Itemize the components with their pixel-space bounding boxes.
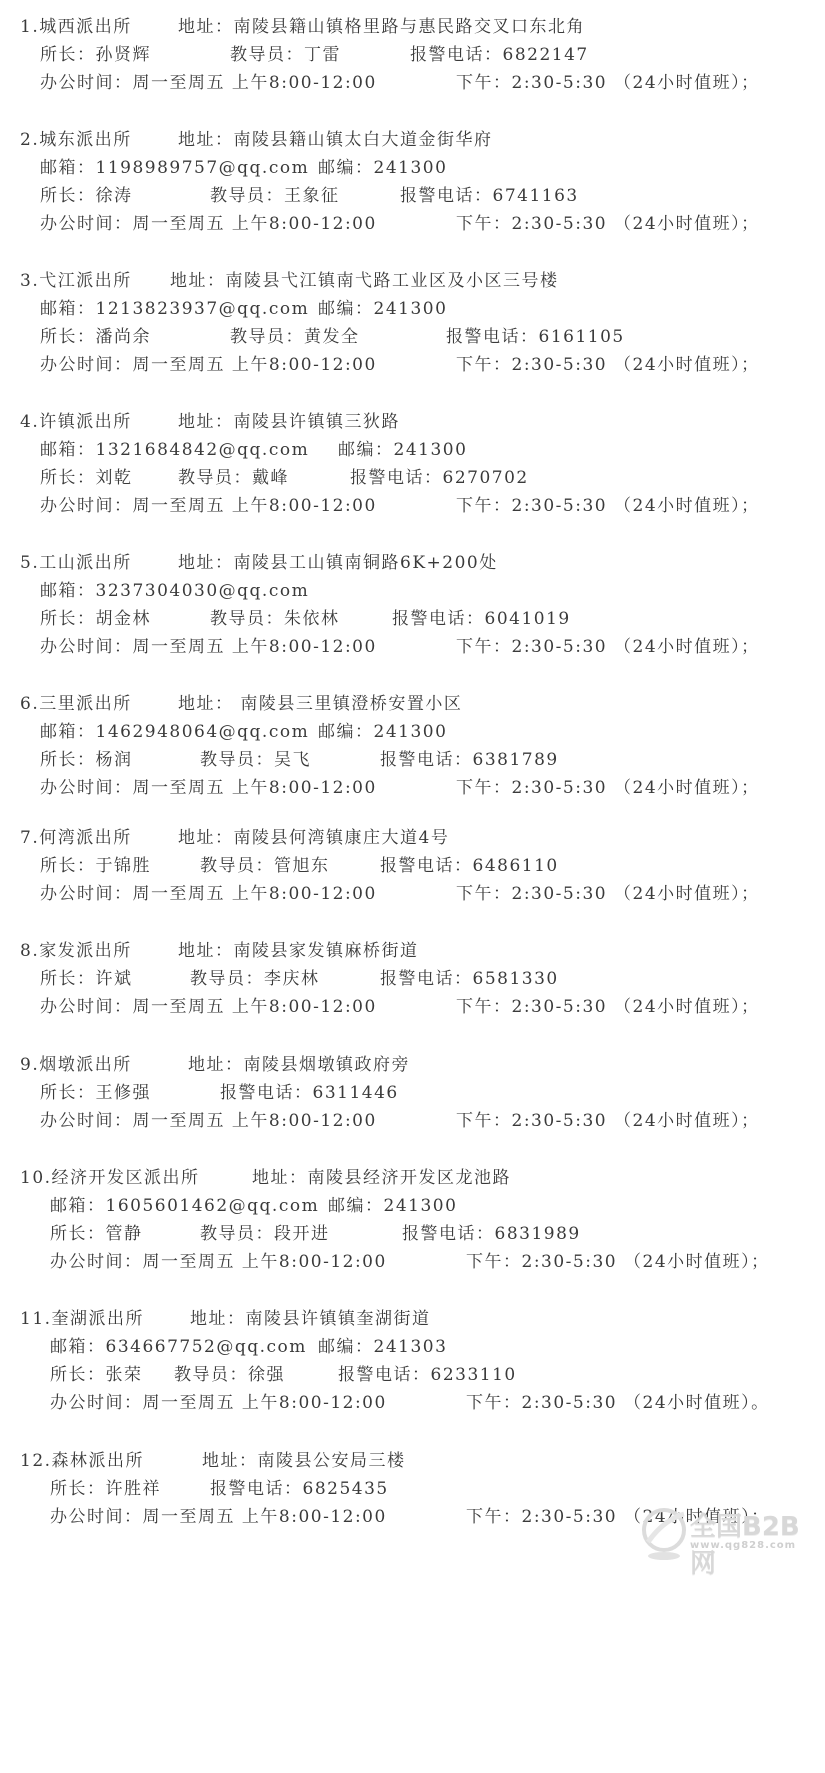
phone: 报警电话：6741163: [400, 185, 579, 207]
station-name: 1.城西派出所: [20, 16, 132, 38]
chief: 所长：管静: [50, 1223, 143, 1245]
station-5-staff: 所长：胡金林 教导员：朱依林 报警电话：6041019: [40, 608, 68, 630]
station-address: 地址： 南陵县三里镇澄桥安置小区: [178, 693, 462, 715]
email[interactable]: 邮箱：1605601462@qq.com: [50, 1195, 319, 1217]
phone: 报警电话：6270702: [350, 467, 529, 489]
station-12-hours: 办公时间：周一至周五 上午8:00-12:00 下午：2:30-5:30 （24…: [50, 1506, 78, 1528]
station-5-hours: 办公时间：周一至周五 上午8:00-12:00 下午：2:30-5:30 （24…: [40, 636, 68, 658]
station-10-staff: 所长：管静 教导员：段开进 报警电话：6831989: [50, 1223, 78, 1245]
hours-am: 办公时间：周一至周五 上午8:00-12:00: [40, 1110, 377, 1132]
station-6-header: 6.三里派出所 地址： 南陵县三里镇澄桥安置小区: [20, 693, 48, 715]
phone: 报警电话：6486110: [380, 855, 559, 877]
station-address: 地址：南陵县籍山镇格里路与惠民路交叉口东北角: [178, 16, 585, 38]
instructor: 教导员：徐强: [174, 1364, 285, 1386]
station-1-header: 1.城西派出所 地址：南陵县籍山镇格里路与惠民路交叉口东北角: [20, 16, 48, 38]
station-name: 10.经济开发区派出所: [20, 1167, 200, 1189]
email[interactable]: 邮箱：1321684842@qq.com: [40, 439, 309, 461]
postcode: 邮编：241300: [338, 439, 467, 461]
instructor: 教导员：管旭东: [200, 855, 330, 877]
hours-pm: 下午：2:30-5:30 （24小时值班）；: [456, 996, 760, 1018]
instructor: 教导员：丁雷: [230, 44, 341, 66]
chief: 所长：孙贤辉: [40, 44, 151, 66]
hours-am: 办公时间：周一至周五 上午8:00-12:00: [40, 213, 377, 235]
station-name: 8.家发派出所: [20, 940, 132, 962]
hours-am: 办公时间：周一至周五 上午8:00-12:00: [40, 883, 377, 905]
station-11-contact: 邮箱：634667752@qq.com 邮编：241303: [50, 1336, 78, 1358]
station-12-staff: 所长：许胜祥 报警电话：6825435: [50, 1478, 78, 1500]
station-address: 地址：南陵县经济开发区龙池路: [252, 1167, 511, 1189]
instructor: 教导员：戴峰: [178, 467, 289, 489]
station-11-hours: 办公时间：周一至周五 上午8:00-12:00 下午：2:30-5:30 （24…: [50, 1392, 78, 1414]
station-4-staff: 所长：刘乾 教导员：戴峰 报警电话：6270702: [40, 467, 68, 489]
hours-pm: 下午：2:30-5:30 （24小时值班）；: [456, 354, 760, 376]
phone: 报警电话：6381789: [380, 749, 559, 771]
chief: 所长：张荣: [50, 1364, 143, 1386]
station-9-staff: 所长：王修强 报警电话：6311446: [40, 1082, 68, 1104]
station-name: 5.工山派出所: [20, 552, 132, 574]
station-address: 地址：南陵县籍山镇太白大道金街华府: [178, 129, 493, 151]
instructor: 教导员：李庆林: [190, 968, 320, 990]
station-4-contact: 邮箱：1321684842@qq.com 邮编：241300: [40, 439, 68, 461]
station-6-staff: 所长：杨润 教导员：吴飞 报警电话：6381789: [40, 749, 68, 771]
hours-pm: 下午：2:30-5:30 （24小时值班）；: [456, 213, 760, 235]
station-address: 地址：南陵县烟墩镇政府旁: [188, 1054, 410, 1076]
hours-pm: 下午：2:30-5:30 （24小时值班）；: [456, 72, 760, 94]
station-2-header: 2.城东派出所 地址：南陵县籍山镇太白大道金街华府: [20, 129, 48, 151]
station-3-hours: 办公时间：周一至周五 上午8:00-12:00 下午：2:30-5:30 （24…: [40, 354, 68, 376]
station-1-staff: 所长：孙贤辉 教导员：丁雷 报警电话：6822147: [40, 44, 68, 66]
chief: 所长：潘尚余: [40, 326, 151, 348]
station-2-contact: 邮箱：1198989757@qq.com 邮编：241300: [40, 157, 68, 179]
hours-am: 办公时间：周一至周五 上午8:00-12:00: [40, 495, 377, 517]
hours-pm: 下午：2:30-5:30 （24小时值班）。: [466, 1392, 770, 1414]
station-7-header: 7.何湾派出所 地址：南陵县何湾镇康庄大道4号: [20, 827, 48, 849]
station-name: 2.城东派出所: [20, 129, 132, 151]
chief: 所长：王修强: [40, 1082, 151, 1104]
hours-am: 办公时间：周一至周五 上午8:00-12:00: [50, 1251, 387, 1273]
station-name: 3.弋江派出所: [20, 270, 132, 292]
postcode: 邮编：241300: [318, 157, 447, 179]
email[interactable]: 邮箱：1213823937@qq.com: [40, 298, 309, 320]
station-10-header: 10.经济开发区派出所 地址：南陵县经济开发区龙池路: [20, 1167, 48, 1189]
station-5-header: 5.工山派出所 地址：南陵县工山镇南铜路6K+200处: [20, 552, 48, 574]
hours-pm: 下午：2:30-5:30 （24小时值班）；: [456, 777, 760, 799]
station-2-hours: 办公时间：周一至周五 上午8:00-12:00 下午：2:30-5:30 （24…: [40, 213, 68, 235]
station-3-header: 3.弋江派出所 地址：南陵县弋江镇南弋路工业区及小区三号楼: [20, 270, 48, 292]
email[interactable]: 邮箱：634667752@qq.com: [50, 1336, 307, 1358]
postcode: 邮编：241300: [328, 1195, 457, 1217]
station-address: 地址：南陵县何湾镇康庄大道4号: [178, 827, 449, 849]
phone: 报警电话：6161105: [446, 326, 625, 348]
station-name: 6.三里派出所: [20, 693, 132, 715]
station-9-header: 9.烟墩派出所 地址：南陵县烟墩镇政府旁: [20, 1054, 48, 1076]
station-name: 7.何湾派出所: [20, 827, 132, 849]
instructor: 教导员：段开进: [200, 1223, 330, 1245]
postcode: 邮编：241300: [318, 298, 447, 320]
instructor: 教导员：王象征: [210, 185, 340, 207]
station-address: 地址：南陵县许镇镇三狄路: [178, 411, 400, 433]
station-name: 9.烟墩派出所: [20, 1054, 132, 1076]
hours-am: 办公时间：周一至周五 上午8:00-12:00: [40, 996, 377, 1018]
email[interactable]: 邮箱：3237304030@qq.com: [40, 580, 309, 602]
hours-am: 办公时间：周一至周五 上午8:00-12:00: [40, 72, 377, 94]
station-10-contact: 邮箱：1605601462@qq.com 邮编：241300: [50, 1195, 78, 1217]
phone: 报警电话：6825435: [210, 1478, 389, 1500]
phone: 报警电话：6581330: [380, 968, 559, 990]
station-6-hours: 办公时间：周一至周五 上午8:00-12:00 下午：2:30-5:30 （24…: [40, 777, 68, 799]
hours-am: 办公时间：周一至周五 上午8:00-12:00: [40, 354, 377, 376]
station-7-hours: 办公时间：周一至周五 上午8:00-12:00 下午：2:30-5:30 （24…: [40, 883, 68, 905]
station-address: 地址：南陵县工山镇南铜路6K+200处: [178, 552, 498, 574]
chief: 所长：杨润: [40, 749, 133, 771]
postcode: 邮编：241303: [318, 1336, 447, 1358]
station-11-header: 11.奎湖派出所 地址：南陵县许镇镇奎湖街道: [20, 1308, 48, 1330]
station-3-staff: 所长：潘尚余 教导员：黄发全 报警电话：6161105: [40, 326, 68, 348]
station-9-hours: 办公时间：周一至周五 上午8:00-12:00 下午：2:30-5:30 （24…: [40, 1110, 68, 1132]
chief: 所长：刘乾: [40, 467, 133, 489]
station-name: 11.奎湖派出所: [20, 1308, 144, 1330]
chief: 所长：于锦胜: [40, 855, 151, 877]
station-8-hours: 办公时间：周一至周五 上午8:00-12:00 下午：2:30-5:30 （24…: [40, 996, 68, 1018]
station-6-contact: 邮箱：1462948064@qq.com 邮编：241300: [40, 721, 68, 743]
chief: 所长：许胜祥: [50, 1478, 161, 1500]
email[interactable]: 邮箱：1462948064@qq.com: [40, 721, 309, 743]
instructor: 教导员：朱依林: [210, 608, 340, 630]
phone: 报警电话：6822147: [410, 44, 589, 66]
postcode: 邮编：241300: [318, 721, 447, 743]
hours-am: 办公时间：周一至周五 上午8:00-12:00: [40, 636, 377, 658]
phone: 报警电话：6041019: [392, 608, 571, 630]
phone: 报警电话：6831989: [402, 1223, 581, 1245]
station-2-staff: 所长：徐涛 教导员：王象征 报警电话：6741163: [40, 185, 68, 207]
station-4-hours: 办公时间：周一至周五 上午8:00-12:00 下午：2:30-5:30 （24…: [40, 495, 68, 517]
watermark-logo-icon: [640, 1504, 690, 1564]
hours-am: 办公时间：周一至周五 上午8:00-12:00: [50, 1392, 387, 1414]
station-address: 地址：南陵县弋江镇南弋路工业区及小区三号楼: [170, 270, 559, 292]
station-11-staff: 所长：张荣 教导员：徐强 报警电话：6233110: [50, 1364, 78, 1386]
chief: 所长：徐涛: [40, 185, 133, 207]
hours-am: 办公时间：周一至周五 上午8:00-12:00: [40, 777, 377, 799]
station-1-hours: 办公时间：周一至周五 上午8:00-12:00 下午：2:30-5:30 （24…: [40, 72, 68, 94]
hours-pm: 下午：2:30-5:30 （24小时值班）；: [456, 1110, 760, 1132]
email[interactable]: 邮箱：1198989757@qq.com: [40, 157, 309, 179]
watermark: 全国B2B网 www.qg828.com: [640, 1502, 815, 1572]
phone: 报警电话：6311446: [220, 1082, 399, 1104]
station-3-contact: 邮箱：1213823937@qq.com 邮编：241300: [40, 298, 68, 320]
station-name: 4.许镇派出所: [20, 411, 132, 433]
station-5-contact: 邮箱：3237304030@qq.com: [40, 580, 68, 602]
station-7-staff: 所长：于锦胜 教导员：管旭东 报警电话：6486110: [40, 855, 68, 877]
station-address: 地址：南陵县家发镇麻桥街道: [178, 940, 419, 962]
hours-am: 办公时间：周一至周五 上午8:00-12:00: [50, 1506, 387, 1528]
station-8-staff: 所长：许斌 教导员：李庆林 报警电话：6581330: [40, 968, 68, 990]
station-address: 地址：南陵县许镇镇奎湖街道: [190, 1308, 431, 1330]
hours-pm: 下午：2:30-5:30 （24小时值班）；: [456, 636, 760, 658]
instructor: 教导员：吴飞: [200, 749, 311, 771]
station-12-header: 12.森林派出所 地址：南陵县公安局三楼: [20, 1450, 48, 1472]
chief: 所长：胡金林: [40, 608, 151, 630]
instructor: 教导员：黄发全: [230, 326, 360, 348]
phone: 报警电话：6233110: [338, 1364, 517, 1386]
watermark-url: www.qg828.com: [690, 1540, 796, 1551]
station-8-header: 8.家发派出所 地址：南陵县家发镇麻桥街道: [20, 940, 48, 962]
station-address: 地址：南陵县公安局三楼: [202, 1450, 406, 1472]
hours-pm: 下午：2:30-5:30 （24小时值班）；: [466, 1251, 770, 1273]
station-4-header: 4.许镇派出所 地址：南陵县许镇镇三狄路: [20, 411, 48, 433]
station-name: 12.森林派出所: [20, 1450, 144, 1472]
chief: 所长：许斌: [40, 968, 133, 990]
station-10-hours: 办公时间：周一至周五 上午8:00-12:00 下午：2:30-5:30 （24…: [50, 1251, 78, 1273]
hours-pm: 下午：2:30-5:30 （24小时值班）；: [456, 883, 760, 905]
hours-pm: 下午：2:30-5:30 （24小时值班）；: [456, 495, 760, 517]
